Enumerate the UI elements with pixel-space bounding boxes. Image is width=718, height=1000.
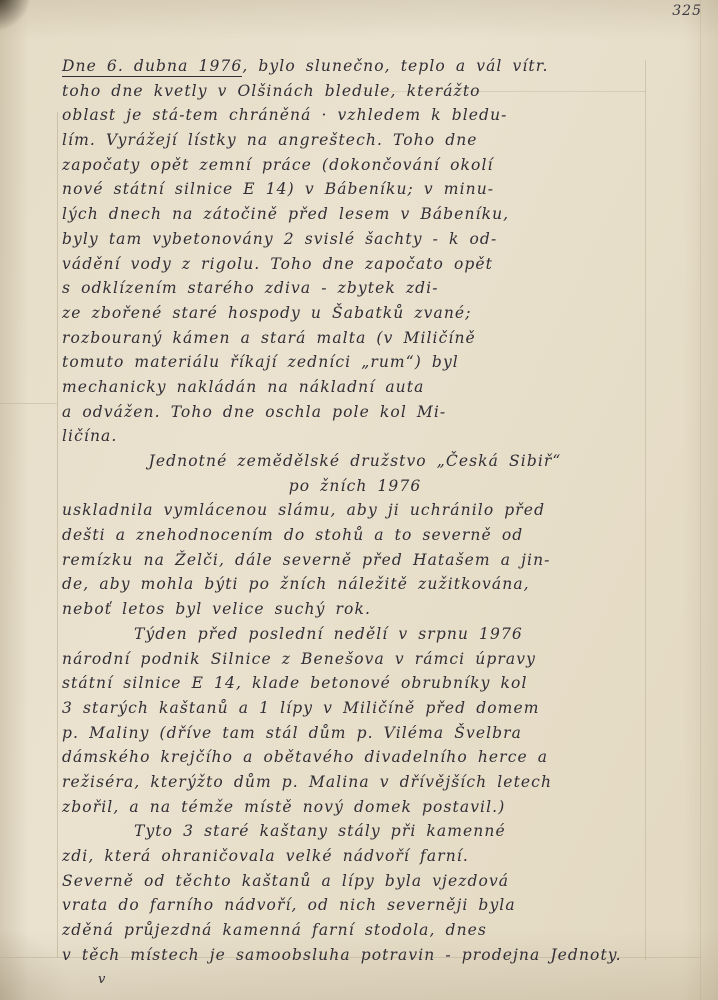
manuscript-line: v těch místech je samoobsluha potravin -… (62, 943, 648, 968)
manuscript-line: ze zbořené staré hospody u Šabatků zvané… (62, 301, 648, 326)
manuscript-line: ličína. (62, 424, 648, 449)
manuscript-line: rozbouraný kámen a stará malta (v Miličí… (62, 326, 648, 351)
manuscript-line: oblast je stá-tem chráněná · vzhledem k … (62, 103, 648, 128)
manuscript-line: uskladnila vymlácenou slámu, aby ji uchr… (62, 498, 648, 523)
manuscript-line: režiséra, kterýžto dům p. Malina v dřívě… (62, 770, 648, 795)
crease-line-left (57, 112, 58, 958)
crease-line-middle (0, 403, 57, 404)
manuscript-line: 3 starých kaštanů a 1 lípy v Miličíně př… (62, 696, 648, 721)
manuscript-line: po žních 1976 (62, 474, 648, 499)
scanned-chronicle-page: 325 Dne 6. dubna 1976, bylo slunečno, te… (0, 0, 718, 1000)
manuscript-line: dámského krejčího a obětavého divadelníh… (62, 745, 648, 770)
manuscript-line: započaty opět zemní práce (dokončování o… (62, 153, 648, 178)
check-mark: v (98, 972, 105, 987)
manuscript-line: remízku na Želči, dále severně před Hata… (62, 548, 648, 573)
manuscript-line: s odklízením starého zdiva - zbytek zdi- (62, 276, 648, 301)
manuscript-line: Týden před poslední nedělí v srpnu 1976 (62, 622, 648, 647)
manuscript-line: neboť letos byl velice suchý rok. (62, 597, 648, 622)
manuscript-line: lých dnech na zátočině před lesem v Bábe… (62, 202, 648, 227)
page-number: 325 (672, 3, 702, 19)
manuscript-line: Tyto 3 staré kaštany stály při kamenné (62, 819, 648, 844)
manuscript-line: de, aby mohla býti po žních náležitě zuž… (62, 572, 648, 597)
page-edge-line (700, 0, 701, 1000)
manuscript-line: a odvážen. Toho dne oschla pole kol Mi- (62, 400, 648, 425)
manuscript-line: nové státní silnice E 14) v Bábeníku; v … (62, 177, 648, 202)
manuscript-line: zbořil, a na témže místě nový domek post… (62, 795, 648, 820)
manuscript-line: tomuto materiálu říkají zedníci „rum“) b… (62, 350, 648, 375)
manuscript-line: Dne 6. dubna 1976, bylo slunečno, teplo … (62, 54, 648, 79)
manuscript-line: národní podnik Silnice z Benešova v rámc… (62, 647, 648, 672)
manuscript-line: toho dne kvetly v Olšinách bledule, kter… (62, 79, 648, 104)
manuscript-line: vádění vody z rigolu. Toho dne započato … (62, 252, 648, 277)
manuscript-line: dešti a znehodnocením do stohů a to seve… (62, 523, 648, 548)
manuscript-line: Jednotné zemědělské družstvo „Česká Sibi… (62, 449, 648, 474)
manuscript-line: byly tam vybetonovány 2 svislé šachty - … (62, 227, 648, 252)
manuscript-line: státní silnice E 14, klade betonové obru… (62, 671, 648, 696)
manuscript-line: p. Maliny (dříve tam stál dům p. Viléma … (62, 721, 648, 746)
manuscript-line: zděná průjezdná kamenná farní stodola, d… (62, 918, 648, 943)
manuscript-line: mechanicky nakládán na nákladní auta (62, 375, 648, 400)
manuscript-line: Severně od těchto kaštanů a lípy byla vj… (62, 869, 648, 894)
manuscript-text: Dne 6. dubna 1976, bylo slunečno, teplo … (62, 54, 648, 967)
manuscript-line: lím. Vyrážejí lístky na angreštech. Toho… (62, 128, 648, 153)
manuscript-line: zdi, která ohraničovala velké nádvoří fa… (62, 844, 648, 869)
manuscript-line: vrata do farního nádvoří, od nich severn… (62, 893, 648, 918)
underlined-date: Dne 6. dubna 1976 (62, 57, 242, 77)
